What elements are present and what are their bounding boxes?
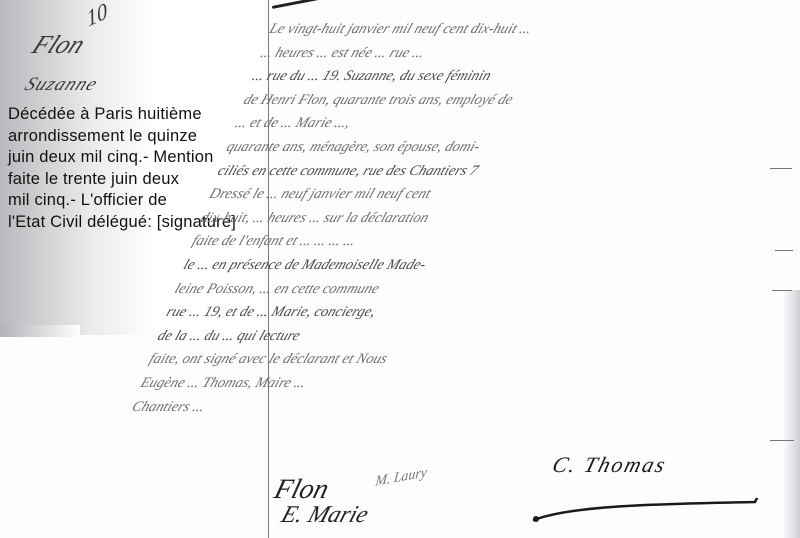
margin-tick xyxy=(770,440,794,441)
body-line: dix-huit, ... heures ... sur la déclarat… xyxy=(197,207,726,231)
body-line: ... heures ... est née ... rue ... xyxy=(257,42,786,66)
body-line: Le vingt-huit janvier mil neuf cent dix-… xyxy=(265,18,794,42)
scan-shadow-lower xyxy=(0,325,80,337)
body-line: quarante ans, ménagère, son épouse, domi… xyxy=(222,136,751,160)
margin-tick xyxy=(770,168,792,169)
body-line: le ... en présence de Mademoiselle Made- xyxy=(180,254,709,278)
annotation-line: Décédée à Paris huitième xyxy=(8,104,270,126)
signature-witness-1: M. Laury xyxy=(375,465,428,491)
body-line: faite de l'enfant et ... ... ... ... xyxy=(188,230,717,254)
margin-tick xyxy=(772,290,792,291)
signature-flourish xyxy=(530,498,770,522)
body-line: ... et de ... Marie ..., xyxy=(231,112,760,136)
signature-witness-2: E. Marie xyxy=(278,502,372,529)
body-line: Dressé le ... neuf janvier mil neuf cent xyxy=(205,183,734,207)
body-line: Eugène ... Thomas, Maire ... xyxy=(137,372,666,396)
margin-tick xyxy=(775,250,793,251)
body-line: leine Poisson, ... en cette commune xyxy=(171,278,700,302)
body-line: rue ... 19, et de ... Marie, concierge, xyxy=(162,301,691,325)
document-page: 10 Flon Suzanne Décédée à Paris huitième… xyxy=(0,0,800,538)
body-line: ... rue du ... 19. Suzanne, du sexe fémi… xyxy=(248,65,777,89)
top-ink-stroke xyxy=(272,0,349,9)
body-line: Chantiers ... xyxy=(128,396,657,420)
scan-edge xyxy=(782,290,800,538)
signature-officer: C. Thomas xyxy=(550,452,670,478)
margin-given-name: Suzanne xyxy=(21,74,102,96)
body-line: de Henri Flon, quarante trois ans, emplo… xyxy=(240,89,769,113)
body-line: de la ... du ... qui lecture xyxy=(154,325,683,349)
body-line: ciliés en cette commune, rue des Chantie… xyxy=(214,160,743,184)
body-line: faite, ont signé avec le déclarant et No… xyxy=(145,348,674,372)
